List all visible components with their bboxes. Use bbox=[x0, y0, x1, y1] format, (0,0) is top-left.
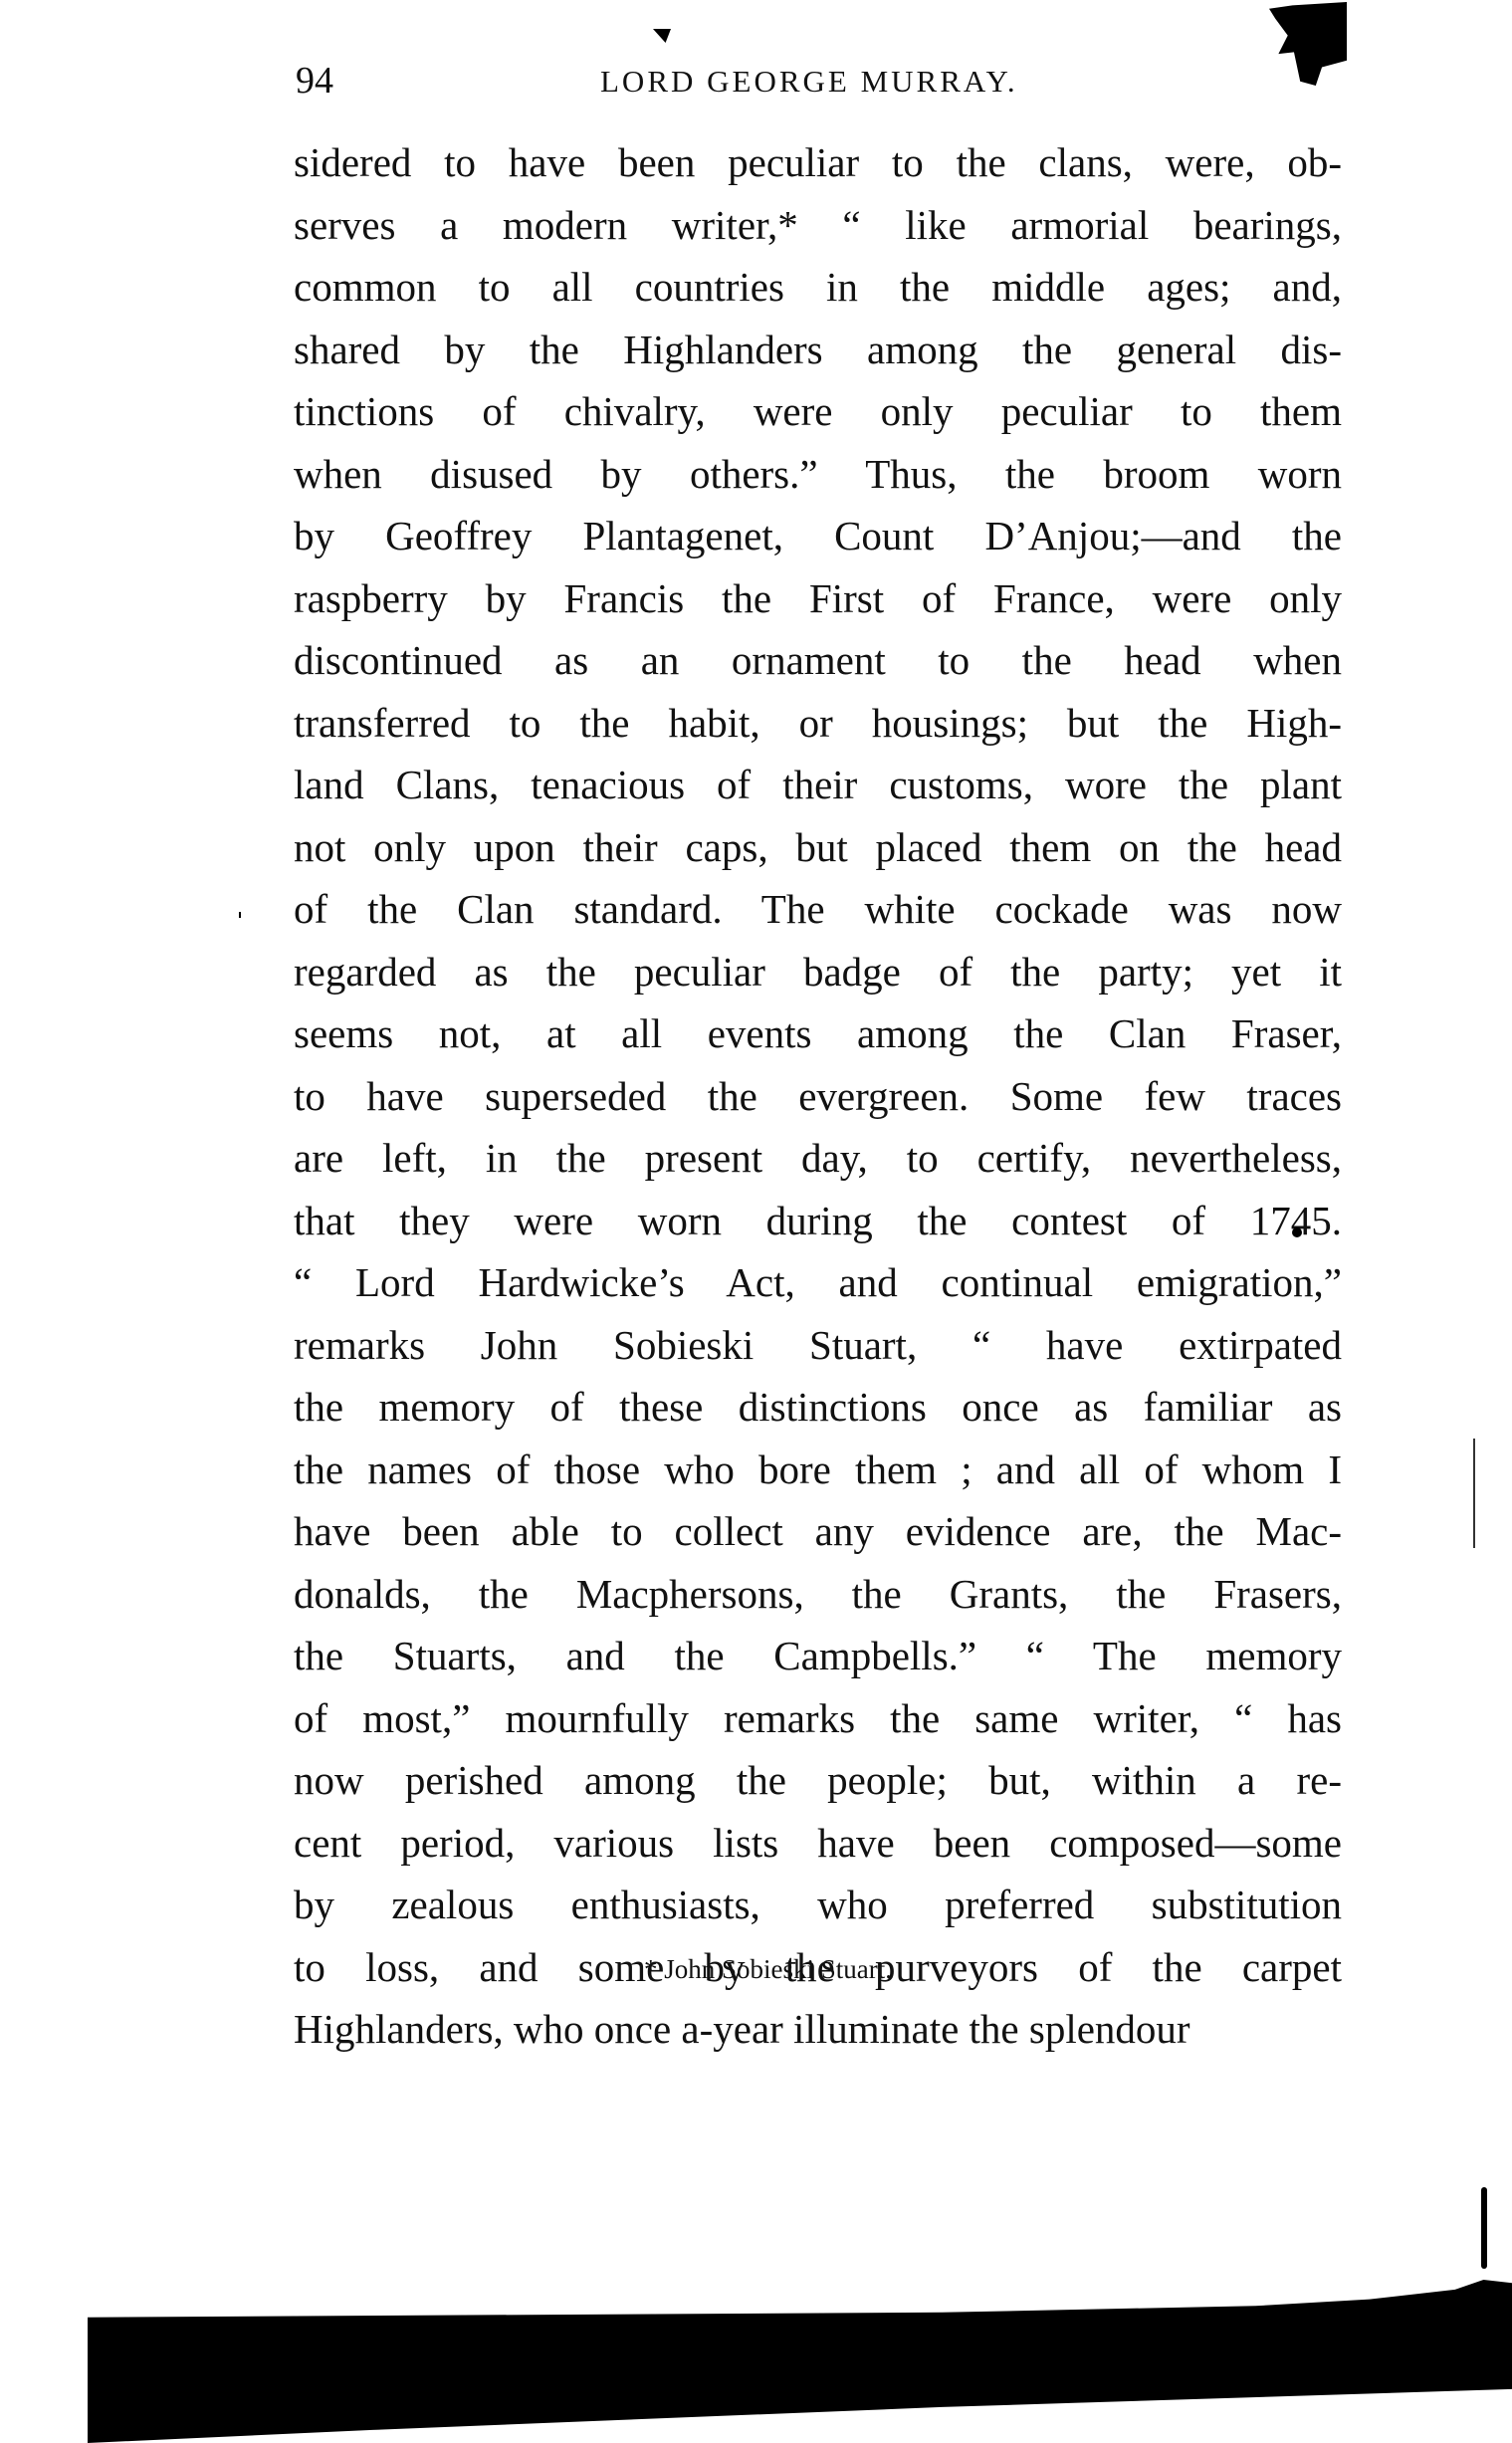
book-page: 94 LORD GEORGE MURRAY. sidered to have b… bbox=[0, 0, 1512, 2443]
text-line: donalds, the Macphersons, the Grants, th… bbox=[294, 1563, 1342, 1626]
text-line: of most,” mournfully remarks the same wr… bbox=[294, 1687, 1342, 1750]
stray-mark-artifact bbox=[1292, 1227, 1302, 1237]
text-line: shared by the Highlanders among the gene… bbox=[294, 319, 1342, 381]
text-line: when disused by others.” Thus, the broom… bbox=[294, 443, 1342, 506]
text-line: common to all countries in the middle ag… bbox=[294, 256, 1342, 319]
text-line: regarded as the peculiar badge of the pa… bbox=[294, 941, 1342, 1003]
footnote: * John Sobieski Stuart. bbox=[644, 1949, 892, 1989]
text-line: of the Clan standard. The white cockade … bbox=[294, 878, 1342, 941]
text-line: not only upon their caps, but placed the… bbox=[294, 816, 1342, 879]
text-line: serves a modern writer,* “ like armorial… bbox=[294, 194, 1342, 257]
margin-dot-artifact bbox=[239, 912, 241, 918]
text-line: land Clans, tenacious of their customs, … bbox=[294, 754, 1342, 816]
text-line: tinctions of chivalry, were only peculia… bbox=[294, 380, 1342, 443]
text-line: raspberry by Francis the First of France… bbox=[294, 567, 1342, 630]
tick-mark-artifact bbox=[653, 29, 671, 43]
running-head: 94 LORD GEORGE MURRAY. bbox=[0, 58, 1512, 104]
text-line: that they were worn during the contest o… bbox=[294, 1190, 1342, 1252]
text-line: the Stuarts, and the Campbells.” “ The m… bbox=[294, 1625, 1342, 1687]
text-line: to have superseded the evergreen. Some f… bbox=[294, 1065, 1342, 1128]
running-head-title: LORD GEORGE MURRAY. bbox=[600, 62, 1018, 102]
text-line: seems not, at all events among the Clan … bbox=[294, 1002, 1342, 1065]
text-line: “ Lord Hardwicke’s Act, and continual em… bbox=[294, 1251, 1342, 1314]
text-line: sidered to have been peculiar to the cla… bbox=[294, 131, 1342, 194]
scan-edge-bar bbox=[88, 2280, 1512, 2443]
text-line: the names of those who bore them ; and a… bbox=[294, 1439, 1342, 1501]
text-line: discontinued as an ornament to the head … bbox=[294, 629, 1342, 692]
text-line: have been able to collect any evidence a… bbox=[294, 1500, 1342, 1563]
page-number: 94 bbox=[296, 58, 333, 104]
body-text: sidered to have been peculiar to the cla… bbox=[294, 131, 1342, 2061]
text-line: by zealous enthusiasts, who preferred su… bbox=[294, 1874, 1342, 1936]
text-line: Highlanders, who once a-year illuminate … bbox=[294, 1998, 1342, 2061]
text-line: cent period, various lists have been com… bbox=[294, 1812, 1342, 1875]
text-line: remarks John Sobieski Stuart, “ have ext… bbox=[294, 1314, 1342, 1377]
margin-line-artifact bbox=[1473, 1439, 1475, 1548]
spike-artifact bbox=[1481, 2187, 1487, 2269]
text-line: transferred to the habit, or housings; b… bbox=[294, 692, 1342, 755]
text-line: are left, in the present day, to certify… bbox=[294, 1127, 1342, 1190]
text-line: now perished among the people; but, with… bbox=[294, 1749, 1342, 1812]
text-line: the memory of these distinctions once as… bbox=[294, 1376, 1342, 1439]
text-line: by Geoffrey Plantagenet, Count D’Anjou;—… bbox=[294, 505, 1342, 567]
